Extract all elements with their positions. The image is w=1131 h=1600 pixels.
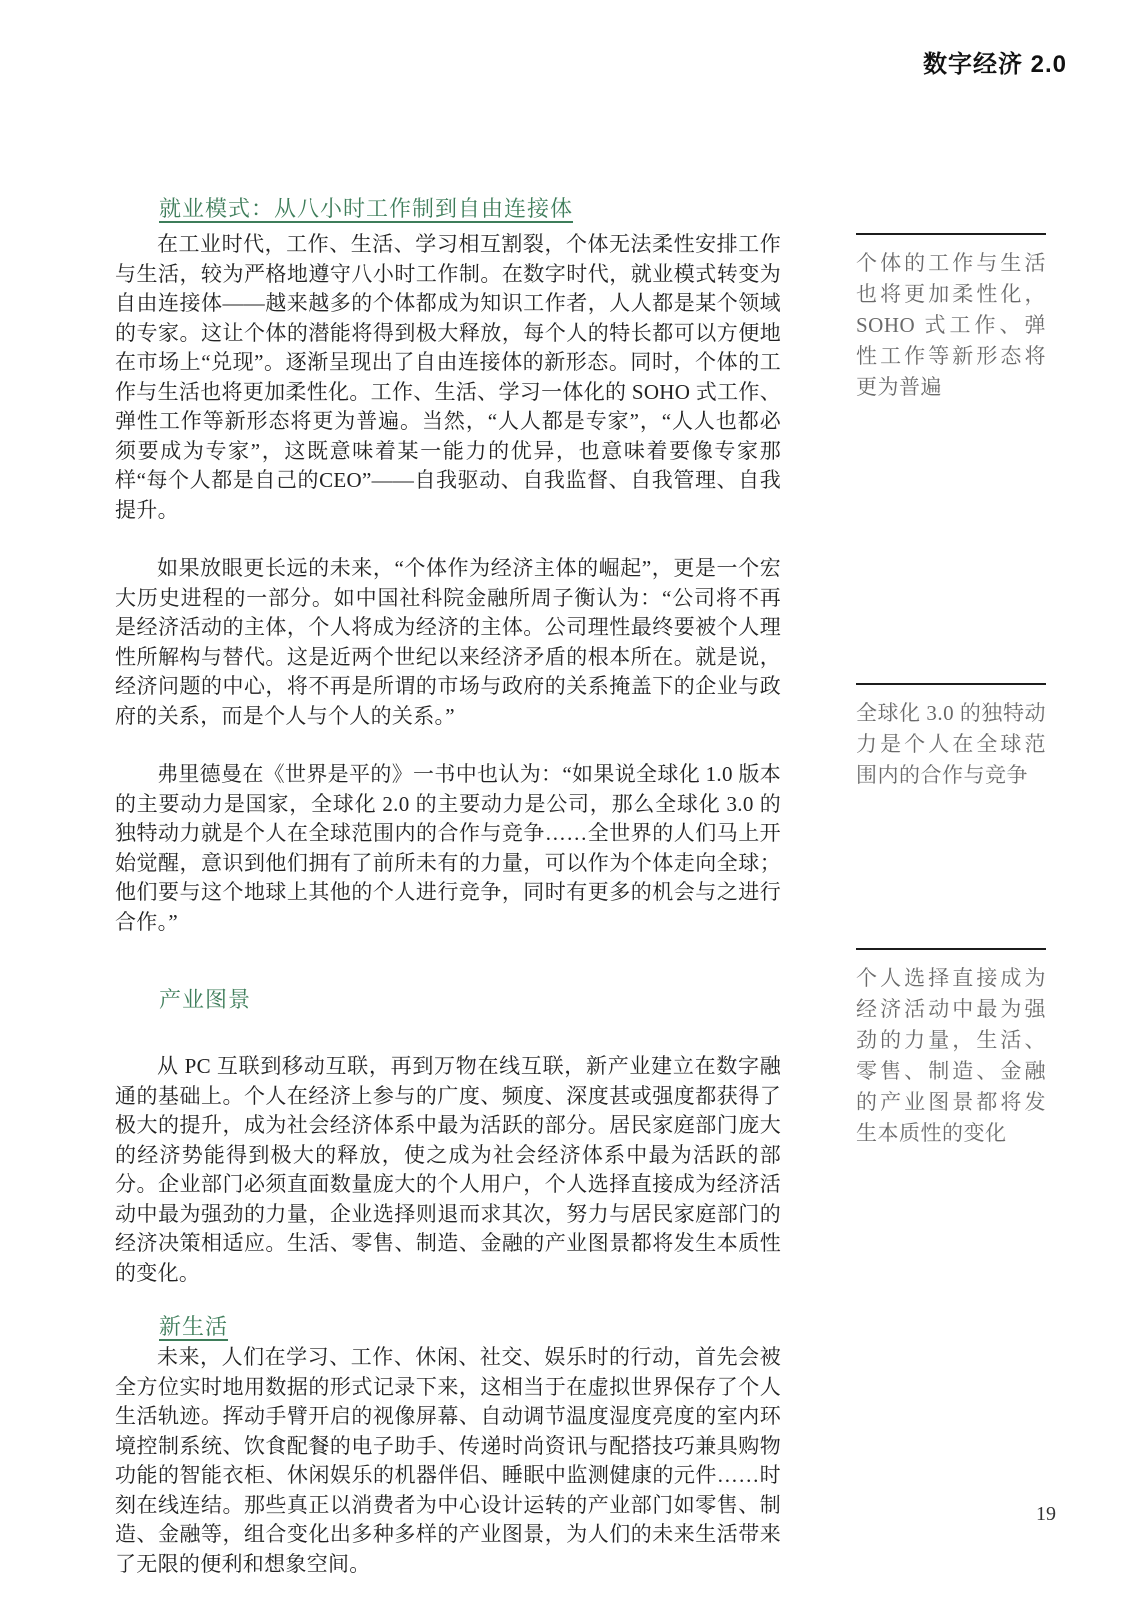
margin-note: 个体的工作与生活也将更加柔性化，SOHO 式工作、弹性工作等新形态将更为普遍: [856, 233, 1046, 403]
body-paragraph: 弗里德曼在《世界是平的》一书中也认为：“如果说全球化 1.0 版本的主要动力是国…: [115, 760, 781, 937]
book-page: 数字经济 2.0 就业模式：从八小时工作制到自由连接体 在工业时代，工作、生活、…: [0, 0, 1131, 1600]
body-paragraph: 未来，人们在学习、工作、休闲、社交、娱乐时的行动，首先会被全方位实时地用数据的形…: [115, 1343, 781, 1579]
main-text-column: 就业模式：从八小时工作制到自由连接体 在工业时代，工作、生活、学习相互割裂，个体…: [115, 192, 781, 1579]
page-number: 19: [1036, 1503, 1056, 1526]
section-heading-new-life: 新生活: [159, 1310, 781, 1341]
section-heading-industry-landscape: 产业图景: [159, 983, 781, 1014]
running-head-title: 数字经济 2.0: [923, 44, 1067, 79]
body-paragraph: 从 PC 互联到移动互联，再到万物在线互联，新产业建立在数字融通的基础上。个人在…: [115, 1052, 781, 1288]
body-paragraph: 在工业时代，工作、生活、学习相互割裂，个体无法柔性安排工作与生活，较为严格地遵守…: [115, 230, 781, 525]
margin-note: 个人选择直接成为经济活动中最为强劲的力量，生活、零售、制造、金融的产业图景都将发…: [856, 948, 1046, 1149]
section-heading-employment-model: 就业模式：从八小时工作制到自由连接体: [159, 192, 781, 223]
margin-note: 全球化 3.0 的独特动力是个人在全球范围内的合作与竞争: [856, 683, 1046, 791]
body-paragraph: 如果放眼更长远的未来，“个体作为经济主体的崛起”，更是一个宏大历史进程的一部分。…: [115, 554, 781, 731]
